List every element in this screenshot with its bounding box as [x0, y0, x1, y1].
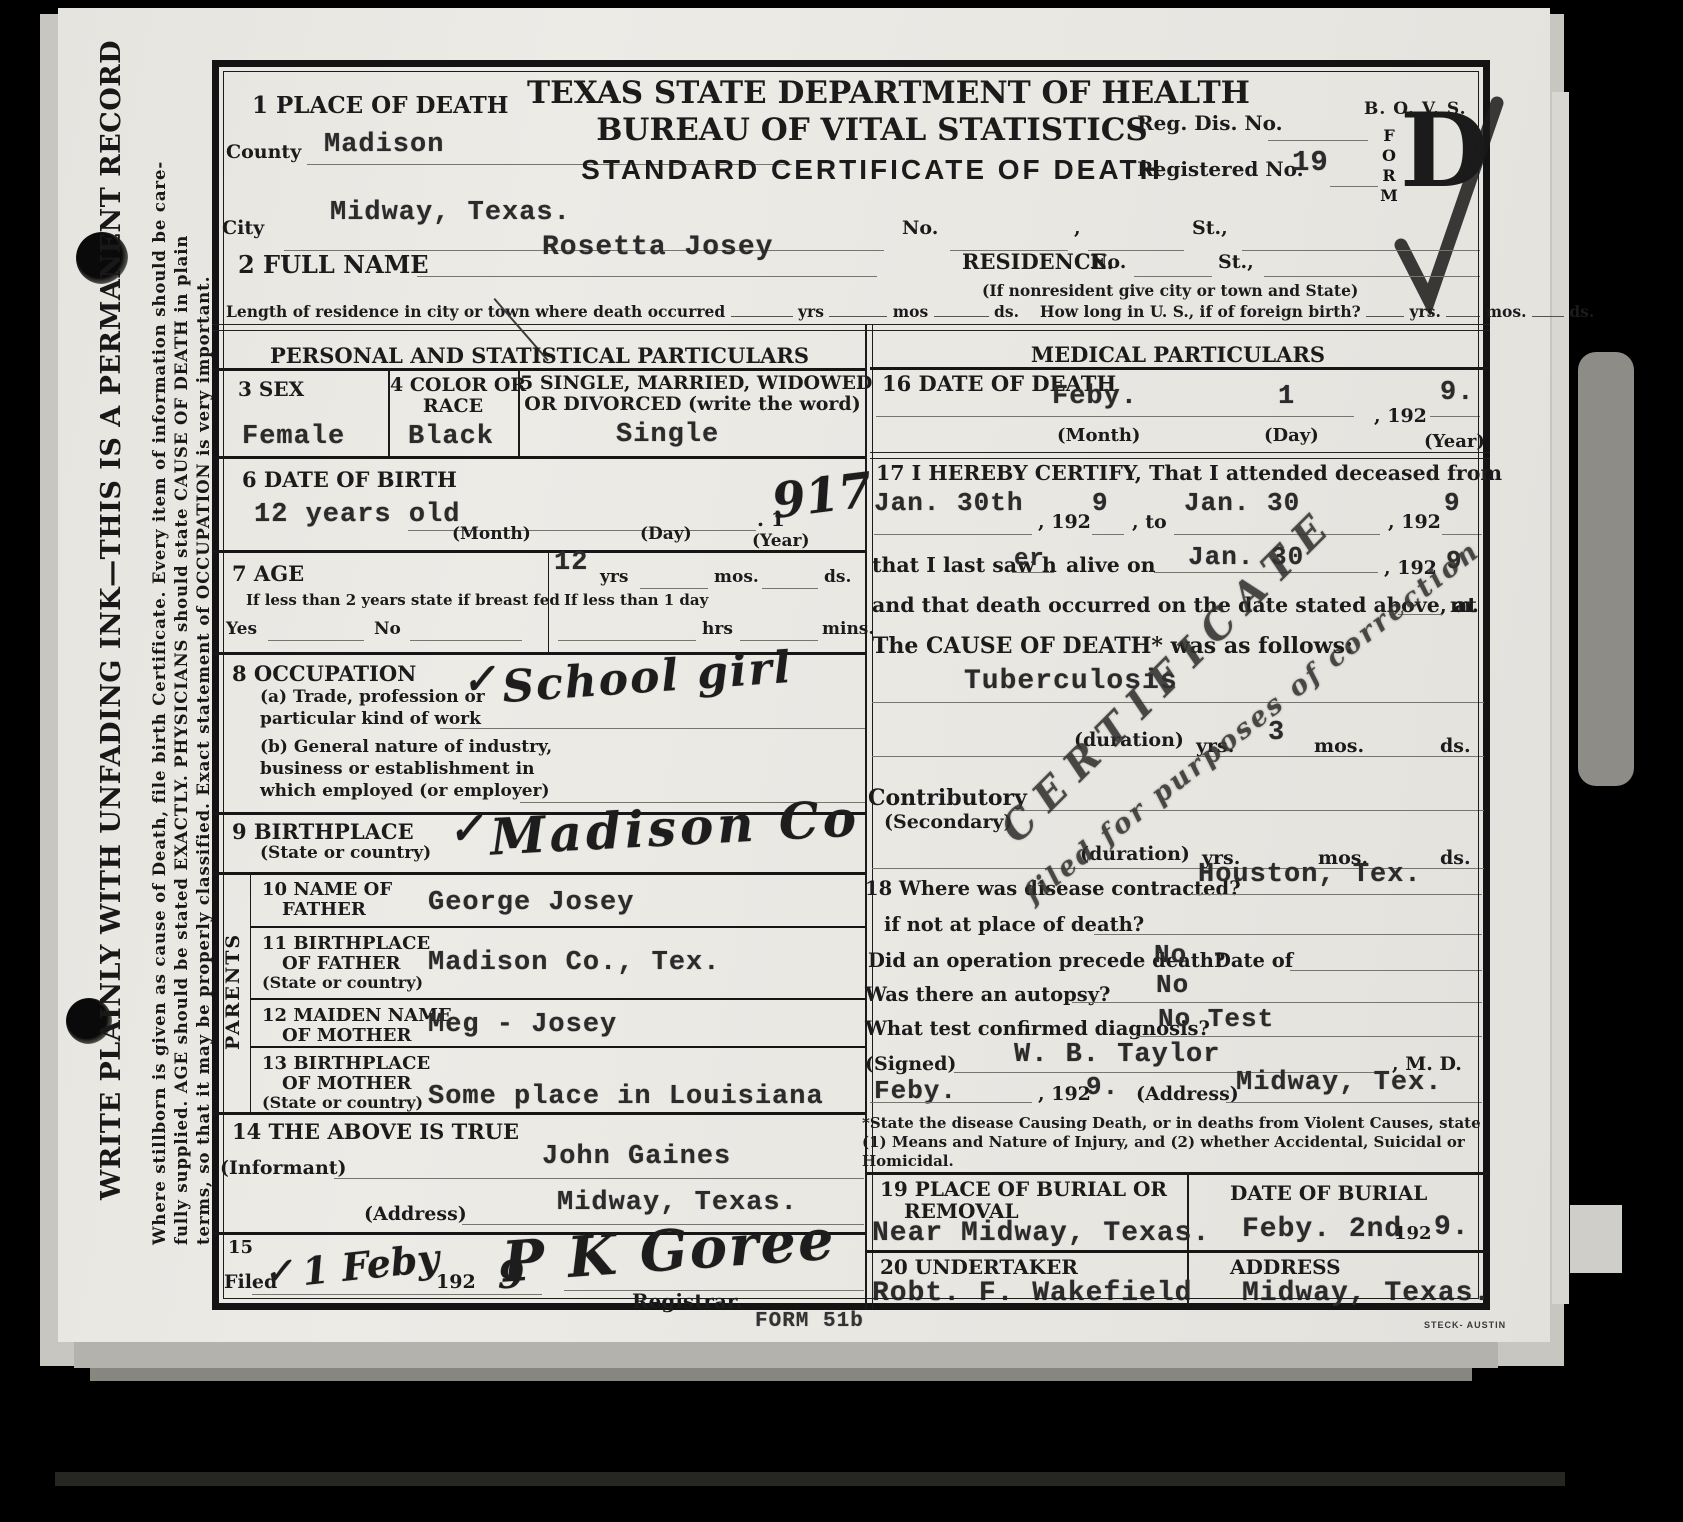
hrs-label: hrs [702, 620, 733, 639]
signed-value: W. B. Taylor [1014, 1040, 1220, 1070]
length-blank-mos [829, 303, 887, 317]
length-label: Length of residence in city or town wher… [226, 302, 725, 321]
dod-month-caption: (Month) [1057, 426, 1140, 446]
undertaker-address-value: Midway, Texas. [1242, 1278, 1491, 1309]
color-value: Black [408, 422, 494, 452]
length-blank-ds [934, 303, 989, 317]
bottom-sheet-edge [74, 1342, 1498, 1368]
county-label: County [226, 142, 301, 163]
residence-no-label: No. [1090, 252, 1126, 273]
attended-to-date: Jan. 30 [1184, 488, 1300, 518]
attended-to-year: 9 [1444, 488, 1461, 518]
scanned-death-certificate: WRITE PLAINLY WITH UNFADING INK—THIS IS … [0, 0, 1683, 1522]
howlong-label: How long in U. S., if of foreign birth? [1040, 302, 1361, 321]
color-label-2: RACE [390, 396, 516, 417]
pen-flourish-birthplace: ✓ [446, 803, 485, 855]
form-number-footer: FORM 51b [755, 1310, 864, 1333]
mother-name-label-1: 12 MAIDEN NAME [262, 1006, 452, 1026]
city-label: City [222, 218, 264, 239]
undertaker-address-label: ADDRESS [1230, 1256, 1341, 1278]
father-name-value: George Josey [428, 888, 634, 918]
age-value: 12 [554, 548, 588, 578]
howlong-ds: ds. [1569, 302, 1594, 321]
age-mos: mos. [714, 568, 759, 587]
age-ds: ds. [824, 568, 851, 587]
place-of-death-label: 1 PLACE OF DEATH [252, 93, 508, 119]
parents-bottom-rule [212, 1112, 867, 1115]
howlong-blank-yrs [1366, 303, 1404, 317]
mother-bp-value: Some place in Louisiana [428, 1082, 824, 1112]
personal-section-title: PERSONAL AND STATISTICAL PARTICULARS [212, 344, 867, 368]
printer-mark: STECK- AUSTIN [1424, 1320, 1506, 1330]
if-not-label: if not at place of death? [884, 914, 1144, 936]
burial-value: Near Midway, Texas. [872, 1218, 1210, 1249]
birthplace-label: 9 BIRTHPLACE [232, 820, 414, 844]
item-15-number: 15 [228, 1238, 253, 1258]
scanner-shadow-band [55, 1472, 1565, 1486]
dod-day-caption: (Day) [1264, 426, 1319, 446]
dob-year-caption: (Year) [752, 532, 810, 551]
dod-month-value: Feby. [1052, 382, 1138, 412]
father-name-label-2: FATHER [282, 900, 366, 920]
signed-address-label: (Address) [1136, 1084, 1239, 1105]
full-name-value: Rosetta Josey [542, 232, 773, 263]
burial-label-1: 19 PLACE OF BURIAL OR [880, 1178, 1167, 1200]
dod-day-value: 1 [1278, 382, 1295, 412]
alive-on-text: alive on [1066, 554, 1156, 577]
length-ds: ds. [994, 302, 1019, 321]
footnote-line2: (1) Means and Nature of Injury, and (2) … [862, 1134, 1465, 1151]
to-year-blank [1442, 534, 1482, 535]
marital-value: Single [616, 420, 719, 450]
full-name-blank [417, 276, 877, 277]
dob-year-handwritten: 917 [769, 462, 875, 530]
full-name-label: 2 FULL NAME [238, 252, 429, 279]
reg-dis-no-label: Reg. Dis. No. [1137, 112, 1283, 134]
dob-value: 12 years old [254, 500, 460, 530]
dod-year-blank [1430, 416, 1480, 417]
duration1-blank [872, 756, 1484, 757]
dob-label: 6 DATE OF BIRTH [242, 468, 457, 492]
informant-address-label: (Address) [364, 1204, 467, 1225]
marital-label-1: 5 SINGLE, MARRIED, WIDOWED [520, 373, 865, 394]
title-department: TEXAS STATE DEPARTMENT OF HEALTH [527, 76, 1217, 111]
registered-no-blank [1330, 186, 1378, 187]
father-bp-label-3: (State or country) [262, 974, 423, 992]
howlong-yrs: yrs. [1410, 302, 1441, 321]
registered-no-label: Registered No. [1137, 158, 1304, 180]
parents-strip-divider [250, 872, 251, 1112]
age-mos-blank [762, 588, 818, 589]
occupation-b-line2: business or establishment in [260, 760, 534, 779]
to-192-printed: , 192 [1388, 512, 1441, 533]
signed-address-blank [1226, 1102, 1482, 1103]
occupation-b-line3: which employed (or employer) [260, 782, 550, 801]
informant-value: John Gaines [542, 1142, 731, 1172]
sex-label: 3 SEX [238, 378, 304, 400]
dod-row-rule [870, 452, 1490, 459]
occupation-b-line1: (b) General nature of industry, [260, 738, 552, 757]
right-gray-object [1578, 352, 1634, 786]
dod-blank [876, 416, 1354, 417]
howlong-blank-mos [1446, 303, 1480, 317]
occupation-a-line1: (a) Trade, profession or [260, 688, 485, 707]
margin-note-line2: fully supplied. AGE should be stated EXA… [172, 235, 191, 1245]
marital-label-2: OR DIVORCED (write the word) [520, 394, 865, 415]
duration1-ds: ds. [1440, 736, 1471, 757]
operation-date-blank [1290, 970, 1482, 971]
dod-year-caption: (Year) [1424, 432, 1485, 452]
breast-no: No [374, 620, 401, 639]
registered-no-value: 19 [1292, 146, 1329, 179]
birthplace-sub-label: (State or country) [260, 844, 431, 863]
burial-row-rule [867, 1250, 1490, 1253]
sex-row-rule [212, 456, 867, 459]
father-name-label-1: 10 NAME OF [262, 880, 392, 900]
age-label: 7 AGE [232, 562, 304, 586]
informant-label: (Informant) [220, 1158, 347, 1179]
breast-yes: Yes [226, 620, 257, 639]
mother-bp-label-1: 13 BIRTHPLACE [262, 1054, 430, 1074]
if-not-blank [1094, 934, 1482, 935]
city-comma: , [1074, 218, 1081, 239]
margin-note-line1: Where stillborn is given as cause of Dea… [150, 161, 169, 1245]
operation-value: No [1154, 940, 1187, 970]
duration1-mos: mos. [1314, 736, 1364, 757]
length-yrs: yrs [798, 302, 824, 321]
breast-fed-note: If less than 2 years state if breast fed [246, 592, 560, 609]
from-192-printed: , 192 [1038, 512, 1091, 533]
mother-name-label-2: OF MOTHER [282, 1026, 411, 1046]
cause-of-death-label: The CAUSE OF DEATH* was as follows: [872, 634, 1353, 659]
to-word-printed: , to [1132, 512, 1167, 533]
last-saw-er: er [1014, 546, 1045, 573]
dod-year-value: 9. [1440, 378, 1474, 408]
attended-from-date: Jan. 30th [874, 488, 1023, 518]
certificate-frame: 1 PLACE OF DEATH County Madison TEXAS ST… [212, 60, 1490, 1310]
footnote-line1: *State the disease Causing Death, or in … [862, 1115, 1481, 1132]
county-value: Madison [324, 130, 444, 160]
howlong-blank-ds [1532, 303, 1564, 317]
age-yrs: yrs [600, 568, 628, 587]
age-yrs-blank [640, 588, 708, 589]
hrs-blank [558, 640, 696, 641]
burial-date-month: Feby. 2nd [1242, 1214, 1402, 1245]
mother-bp-label-2: OF MOTHER [282, 1074, 411, 1094]
occupation-a-line2: particular kind of work [260, 710, 481, 729]
signed-label: (Signed) [865, 1054, 956, 1075]
city-st-label: St., [1192, 218, 1228, 239]
attended-from-year: 9 [1092, 488, 1109, 518]
filed-blank [252, 1294, 542, 1295]
city-st-blank [1242, 250, 1480, 251]
undertaker-value: Robt. F. Wakefield [872, 1278, 1192, 1309]
mother-name-value: Meg - Josey [428, 1010, 617, 1040]
length-blank-yrs [731, 303, 793, 317]
father-bp-label-1: 11 BIRTHPLACE [262, 934, 430, 954]
color-label-1: 4 COLOR OR [390, 375, 516, 396]
autopsy-value: No [1156, 970, 1189, 1000]
dob-month-caption: (Month) [452, 525, 531, 544]
undertaker-label: 20 UNDERTAKER [880, 1256, 1078, 1278]
mins-blank [740, 640, 818, 641]
test-blank [1136, 1036, 1482, 1037]
residence-st-blank [1264, 276, 1480, 277]
registrar-label: Registrar. [632, 1290, 743, 1312]
informant-blank [334, 1178, 864, 1179]
er-blank [1012, 572, 1054, 573]
title-bureau: BUREAU OF VITAL STATISTICS [527, 113, 1217, 148]
margin-note-line3: terms, so that it may be properly classi… [194, 276, 213, 1245]
from-year-blank [1092, 534, 1124, 535]
cause-blank [872, 702, 1484, 703]
meridiem-label: m. [1450, 594, 1479, 617]
registrar-signature: P K Goree [500, 1206, 838, 1295]
signed-year-value: 9. [1086, 1072, 1119, 1102]
contracted-blank [1192, 894, 1482, 895]
certify-statement: 17 I HEREBY CERTIFY, That I attended dec… [876, 462, 1502, 485]
length-mos: mos [893, 302, 928, 321]
medical-section-title: MEDICAL PARTICULARS [872, 343, 1484, 367]
above-is-true-label: 14 THE ABOVE IS TRUE [232, 1120, 519, 1144]
parents-rule-1 [250, 926, 867, 928]
occupation-label: 8 OCCUPATION [232, 662, 416, 686]
footnote-rule [867, 1172, 1490, 1175]
residence-no-blank [1134, 276, 1212, 277]
date-of-label: Date of [1214, 950, 1293, 972]
father-bp-value: Madison Co., Tex. [428, 948, 720, 978]
margin-warning-text: WRITE PLAINLY WITH UNFADING INK—THIS IS … [96, 40, 127, 1200]
breast-yes-blank [268, 640, 364, 641]
burial-date-label: DATE OF BURIAL [1230, 1182, 1427, 1204]
right-paper-notch [1570, 1205, 1622, 1273]
from-blank [874, 534, 1032, 535]
burial-192-printed: 192 [1394, 1224, 1432, 1244]
birthplace-row-rule [212, 872, 867, 875]
contracted-value: Houston, Tex. [1198, 860, 1422, 890]
filed-date-handwritten: 1 Feby [300, 1235, 441, 1294]
filed-192-printed: 192 [436, 1272, 476, 1293]
city-value: Midway, Texas. [330, 198, 571, 228]
sex-value: Female [242, 422, 345, 452]
length-of-residence-row: Length of residence in city or town wher… [226, 303, 1478, 320]
parents-vertical-label: PARENTS [222, 933, 244, 1050]
mother-bp-label-3: (State or country) [262, 1094, 423, 1112]
burial-year-value: 9. [1434, 1212, 1470, 1243]
reg-dis-blank [1268, 140, 1368, 141]
occupation-a-blank [440, 728, 866, 729]
personal-title-rule [212, 368, 867, 371]
test-value: No Test [1158, 1004, 1274, 1034]
right-sheet-edge [1552, 92, 1569, 1304]
title-standard-certificate: STANDARD CERTIFICATE OF DEATH [512, 154, 1232, 185]
medical-title-rule [870, 367, 1490, 370]
pen-checkmark [1377, 95, 1517, 330]
footnote-line3: Homicidal. [862, 1153, 954, 1170]
breast-no-blank [410, 640, 522, 641]
city-no-label: No. [902, 218, 938, 239]
signed-address-value: Midway, Tex. [1236, 1068, 1442, 1098]
dob-row-rule [212, 550, 867, 553]
autopsy-blank [1072, 1002, 1482, 1003]
dod-192-printed: , 192 [1374, 406, 1427, 427]
parents-rule-3 [250, 1046, 867, 1048]
contributory-blank [1012, 810, 1484, 811]
signed-date-blank [870, 1102, 1032, 1103]
howlong-mos: mos. [1486, 302, 1527, 321]
signed-192-printed: , 192 [1038, 1084, 1091, 1105]
bottom-sheet-edge-2 [90, 1368, 1472, 1381]
header-divider [212, 324, 1490, 331]
duration2-ds: ds. [1440, 848, 1471, 869]
dob-day-caption: (Day) [640, 525, 692, 544]
pen-flourish-filed: ✓ [262, 1251, 295, 1294]
father-bp-label-2: OF FATHER [282, 954, 401, 974]
pen-flourish-occupation: ✓ [460, 655, 497, 705]
residence-st-label: St., [1218, 252, 1254, 273]
parents-rule-2 [250, 998, 867, 1000]
less-than-day-note: If less than 1 day [564, 592, 708, 609]
nonresident-note: (If nonresident give city or town and St… [982, 282, 1358, 299]
